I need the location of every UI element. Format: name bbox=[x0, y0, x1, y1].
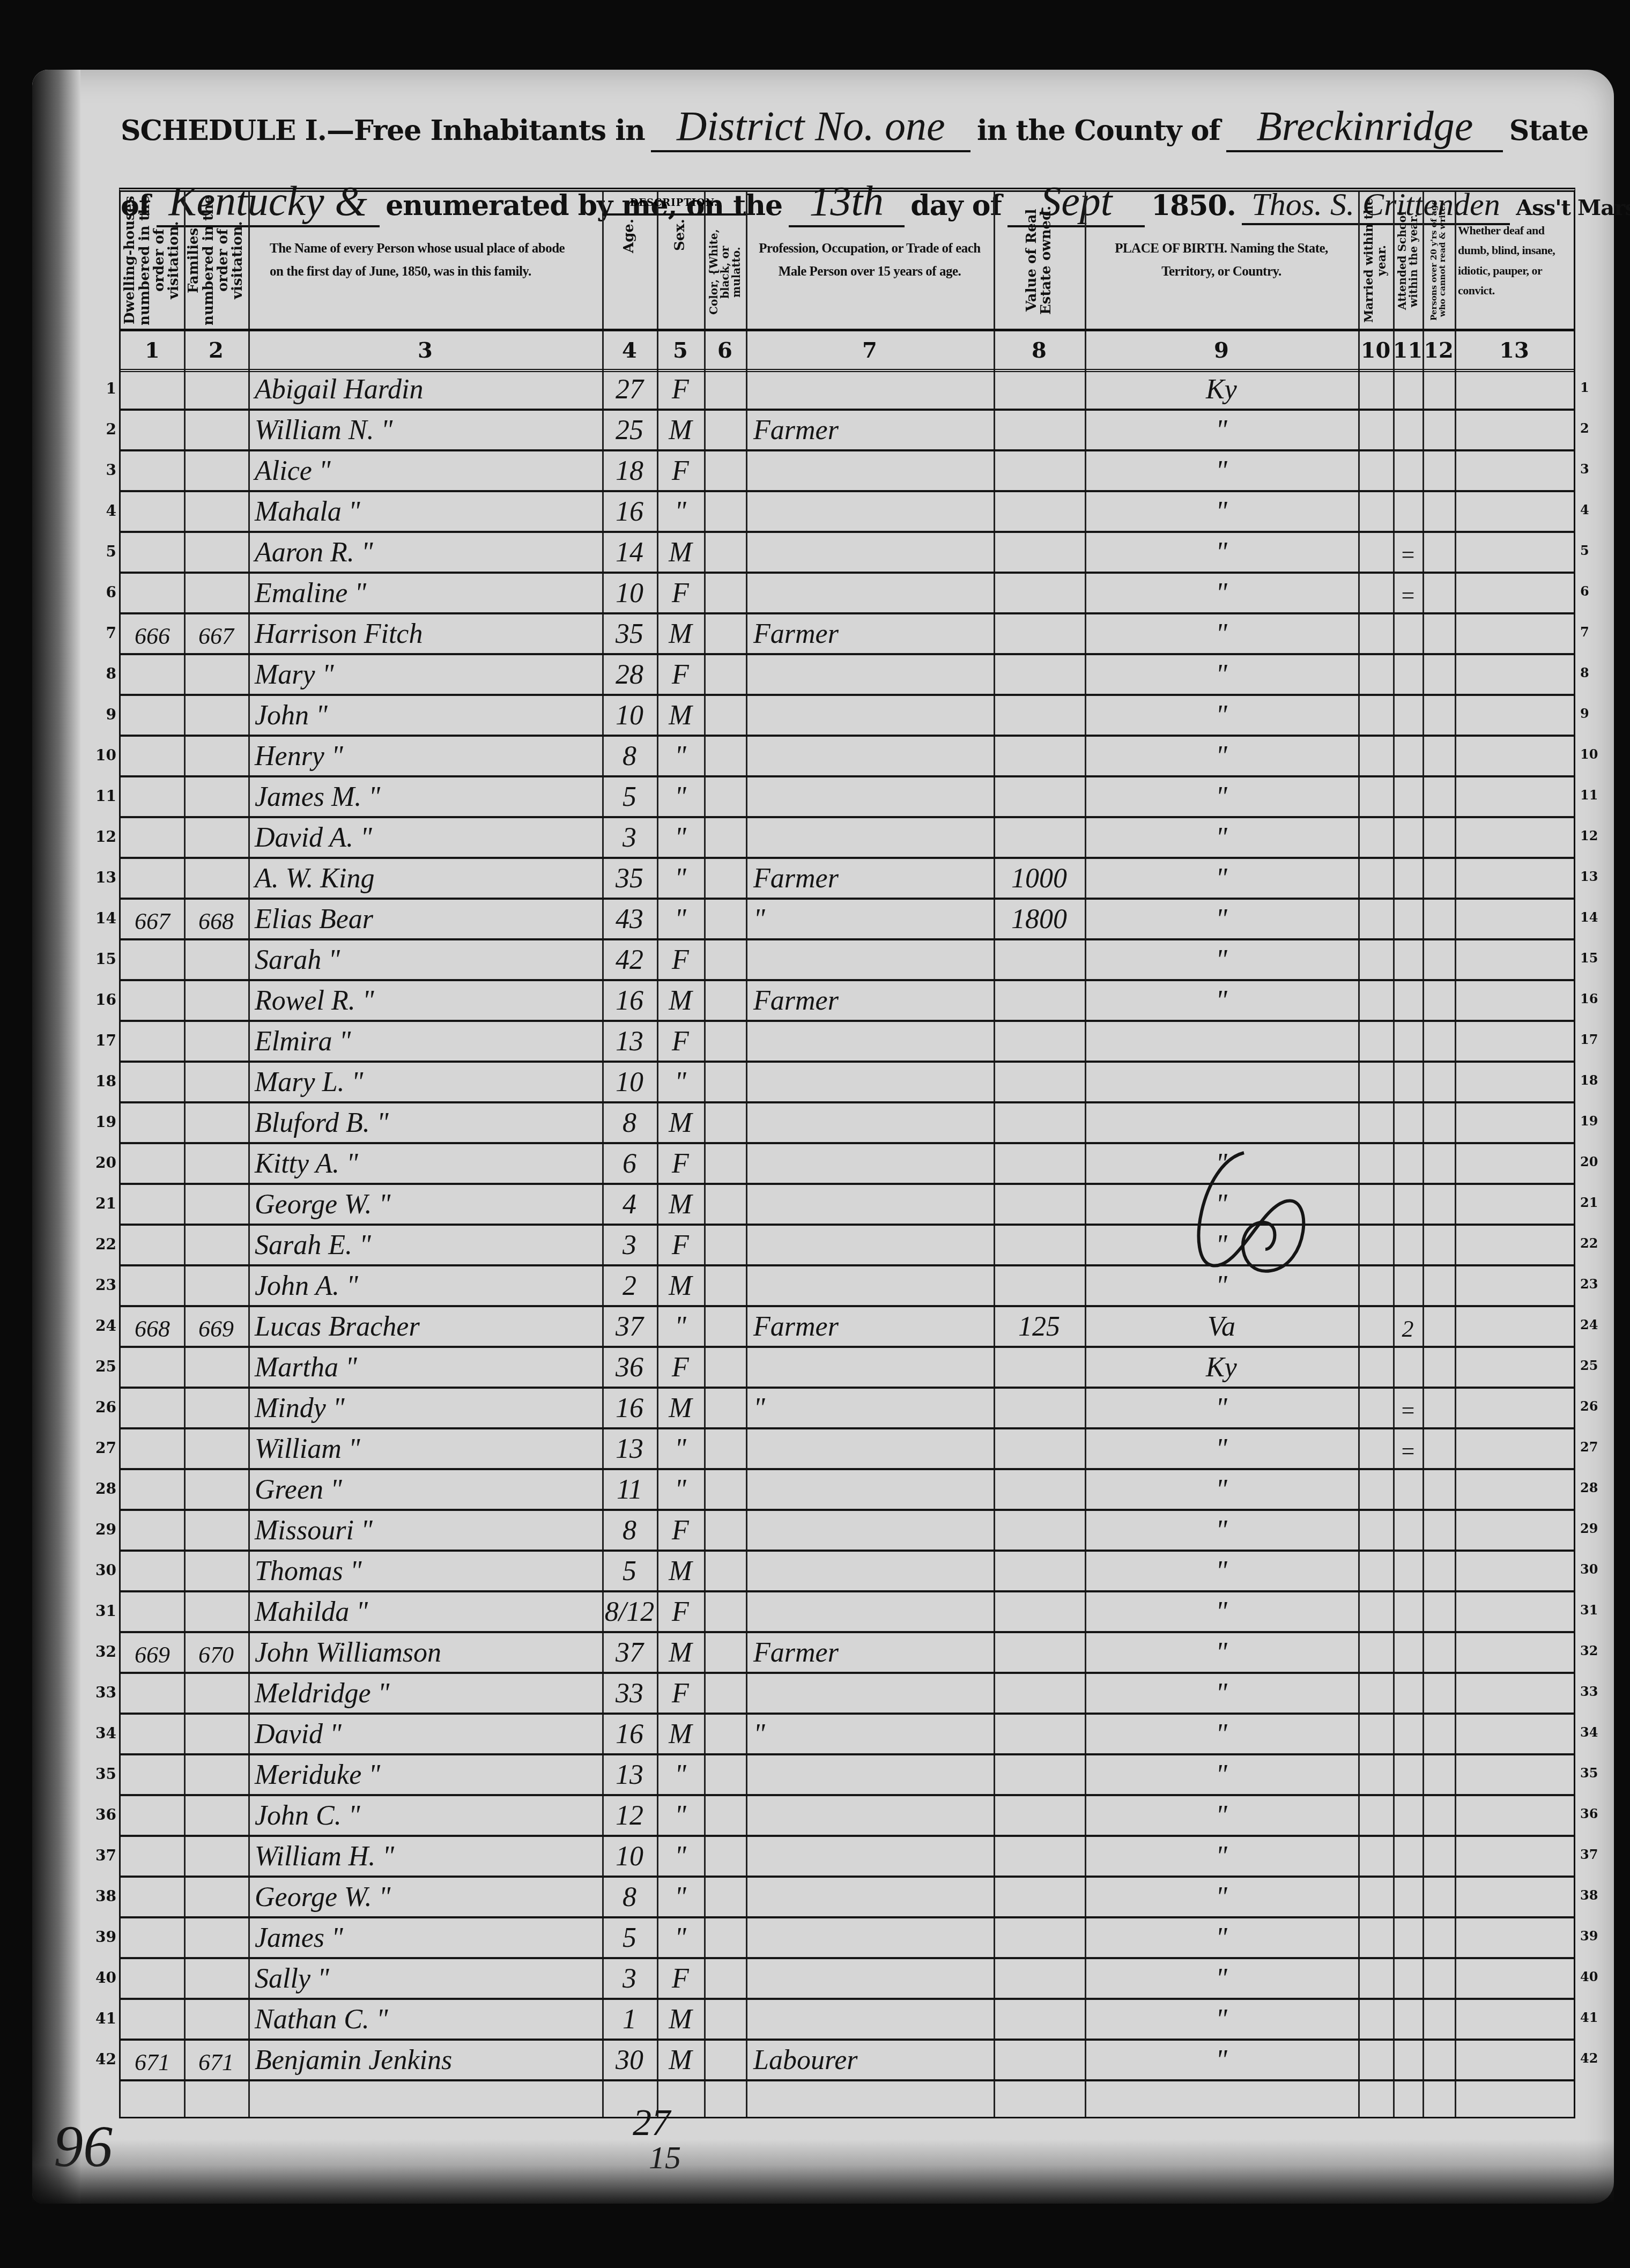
color-cell bbox=[704, 777, 746, 816]
age-cell: 16 bbox=[602, 981, 657, 1020]
real-estate-cell bbox=[994, 1837, 1085, 1876]
married-cell bbox=[1358, 900, 1393, 938]
color-cell bbox=[704, 1063, 746, 1101]
age-cell: 36 bbox=[602, 1348, 657, 1387]
line-number-right: 23 bbox=[1580, 1276, 1612, 1292]
cannot-read-cell bbox=[1422, 1348, 1455, 1387]
real-estate-cell bbox=[994, 574, 1085, 612]
dwelling-number-cell bbox=[121, 981, 184, 1020]
occupation-cell bbox=[753, 533, 994, 572]
infirmity-cell bbox=[1455, 818, 1574, 857]
line-number-left: 38 bbox=[84, 1887, 116, 1905]
real-estate-cell bbox=[994, 2041, 1085, 2079]
line-number-right: 11 bbox=[1580, 787, 1612, 803]
table-row: 33Alice "18F" bbox=[121, 451, 1574, 492]
birthplace-cell: " bbox=[1085, 1837, 1358, 1876]
cannot-read-cell bbox=[1422, 370, 1455, 409]
school-cell bbox=[1393, 614, 1422, 653]
infirmity-cell bbox=[1455, 1674, 1574, 1713]
person-name-cell: A. W. King bbox=[255, 859, 602, 898]
age-cell: 3 bbox=[602, 818, 657, 857]
sex-cell: F bbox=[657, 574, 704, 612]
married-cell bbox=[1358, 1878, 1393, 1916]
married-cell bbox=[1358, 370, 1393, 409]
school-cell bbox=[1393, 1755, 1422, 1794]
real-estate-cell bbox=[994, 1715, 1085, 1753]
sex-cell: F bbox=[657, 451, 704, 490]
birthplace-cell: " bbox=[1085, 900, 1358, 938]
infirmity-cell bbox=[1455, 574, 1574, 612]
family-number-cell bbox=[184, 1674, 248, 1713]
occupation-cell bbox=[753, 370, 994, 409]
color-cell bbox=[704, 370, 746, 409]
color-cell bbox=[704, 1552, 746, 1590]
line-number-right: 16 bbox=[1580, 991, 1612, 1006]
county-label: in the County of bbox=[977, 114, 1220, 147]
birthplace-cell: " bbox=[1085, 1796, 1358, 1835]
line-number-left: 42 bbox=[84, 2050, 116, 2068]
person-name-cell: Rowel R. " bbox=[255, 981, 602, 1020]
col-num: 6 bbox=[704, 331, 746, 369]
real-estate-cell bbox=[994, 1918, 1085, 1957]
dwelling-number-cell bbox=[121, 737, 184, 775]
table-row: 44Mahala "16"" bbox=[121, 492, 1574, 533]
sex-cell: M bbox=[657, 533, 704, 572]
infirmity-cell bbox=[1455, 1022, 1574, 1061]
dwelling-number-cell bbox=[121, 1511, 184, 1550]
line-number-right: 14 bbox=[1580, 909, 1612, 925]
married-cell bbox=[1358, 1918, 1393, 1957]
family-number-cell bbox=[184, 1959, 248, 1998]
school-cell bbox=[1393, 1470, 1422, 1509]
real-estate-cell bbox=[994, 411, 1085, 449]
person-name-cell: John C. " bbox=[255, 1796, 602, 1835]
person-name-cell: Nathan C. " bbox=[255, 2000, 602, 2039]
person-name-cell: John A. " bbox=[255, 1266, 602, 1305]
dwelling-number-cell bbox=[121, 1266, 184, 1305]
sex-cell: " bbox=[657, 1878, 704, 1916]
infirmity-cell bbox=[1455, 1144, 1574, 1183]
line-number-left: 21 bbox=[84, 1195, 116, 1212]
school-cell bbox=[1393, 1837, 1422, 1876]
infirmity-cell bbox=[1455, 981, 1574, 1020]
real-estate-cell bbox=[994, 614, 1085, 653]
line-number-right: 5 bbox=[1580, 543, 1612, 558]
line-number-left: 33 bbox=[84, 1684, 116, 1701]
cannot-read-cell bbox=[1422, 574, 1455, 612]
occupation-cell bbox=[753, 1226, 994, 1264]
school-cell bbox=[1393, 1552, 1422, 1590]
person-name-cell: John " bbox=[255, 696, 602, 735]
line-number-right: 28 bbox=[1580, 1480, 1612, 1495]
dwelling-number-cell bbox=[121, 370, 184, 409]
line-number-left: 29 bbox=[84, 1521, 116, 1538]
family-number-cell: 668 bbox=[184, 900, 248, 938]
person-name-cell: Bluford B. " bbox=[255, 1103, 602, 1142]
dwelling-number-cell bbox=[121, 1918, 184, 1957]
real-estate-cell bbox=[994, 533, 1085, 572]
color-cell bbox=[704, 818, 746, 857]
sex-cell: " bbox=[657, 1918, 704, 1957]
married-cell bbox=[1358, 492, 1393, 531]
dwelling-number-cell bbox=[121, 1878, 184, 1916]
birthplace-cell bbox=[1085, 1103, 1358, 1142]
cannot-read-cell bbox=[1422, 451, 1455, 490]
line-number-right: 29 bbox=[1580, 1521, 1612, 1536]
color-cell bbox=[704, 614, 746, 653]
line-number-left: 22 bbox=[84, 1235, 116, 1253]
color-cell bbox=[704, 1796, 746, 1835]
person-name-cell: Kitty A. " bbox=[255, 1144, 602, 1183]
family-number-cell bbox=[184, 737, 248, 775]
married-cell bbox=[1358, 1674, 1393, 1713]
table-row: 3838George W. "8"" bbox=[121, 1878, 1574, 1918]
birthplace-cell: " bbox=[1085, 777, 1358, 816]
sex-cell: M bbox=[657, 2041, 704, 2079]
real-estate-cell bbox=[994, 1511, 1085, 1550]
real-estate-cell bbox=[994, 1022, 1085, 1061]
family-number-cell bbox=[184, 1796, 248, 1835]
school-cell bbox=[1393, 411, 1422, 449]
person-name-cell: George W. " bbox=[255, 1185, 602, 1224]
color-cell bbox=[704, 1185, 746, 1224]
table-row: 3434David "16M"" bbox=[121, 1715, 1574, 1755]
person-name-cell: Green " bbox=[255, 1470, 602, 1509]
line-number-left: 18 bbox=[84, 1072, 116, 1090]
real-estate-cell bbox=[994, 1552, 1085, 1590]
married-cell bbox=[1358, 614, 1393, 653]
real-estate-cell bbox=[994, 1226, 1085, 1264]
school-cell: 2 bbox=[1393, 1307, 1422, 1346]
school-cell bbox=[1393, 2041, 1422, 2079]
age-cell: 8 bbox=[602, 1511, 657, 1550]
dwelling-number-cell bbox=[121, 1063, 184, 1101]
occupation-cell bbox=[753, 1103, 994, 1142]
birthplace-cell: " bbox=[1085, 1715, 1358, 1753]
color-cell bbox=[704, 1226, 746, 1264]
age-cell: 1 bbox=[602, 2000, 657, 2039]
school-cell: = bbox=[1393, 533, 1422, 572]
school-cell bbox=[1393, 2000, 1422, 2039]
infirmity-cell bbox=[1455, 1103, 1574, 1142]
real-estate-cell bbox=[994, 981, 1085, 1020]
color-cell bbox=[704, 696, 746, 735]
school-cell bbox=[1393, 859, 1422, 898]
real-estate-cell bbox=[994, 940, 1085, 979]
married-cell bbox=[1358, 2000, 1393, 2039]
line-number-right: 15 bbox=[1580, 950, 1612, 966]
cannot-read-cell bbox=[1422, 818, 1455, 857]
person-name-cell: Martha " bbox=[255, 1348, 602, 1387]
family-number-cell bbox=[184, 696, 248, 735]
line-number-left: 37 bbox=[84, 1847, 116, 1864]
header-color: Color, {White, black, or mulatto. bbox=[704, 216, 746, 329]
occupation-cell bbox=[753, 1796, 994, 1835]
infirmity-cell bbox=[1455, 1348, 1574, 1387]
age-cell: 5 bbox=[602, 1552, 657, 1590]
married-cell bbox=[1358, 1348, 1393, 1387]
sex-cell: F bbox=[657, 1959, 704, 1998]
family-number-cell bbox=[184, 1266, 248, 1305]
school-cell bbox=[1393, 451, 1422, 490]
occupation-cell bbox=[753, 1755, 994, 1794]
line-number-right: 21 bbox=[1580, 1195, 1612, 1210]
infirmity-cell bbox=[1455, 1552, 1574, 1590]
dwelling-number-cell bbox=[121, 411, 184, 449]
dwelling-number-cell bbox=[121, 655, 184, 694]
table-row: 2727William "13""= bbox=[121, 1429, 1574, 1470]
school-cell bbox=[1393, 1918, 1422, 1957]
age-cell: 2 bbox=[602, 1266, 657, 1305]
family-number-cell bbox=[184, 818, 248, 857]
school-cell bbox=[1393, 1878, 1422, 1916]
table-row: 1414667668Elias Bear43""1800" bbox=[121, 900, 1574, 940]
col-num: 7 bbox=[746, 331, 994, 369]
table-row: 1616Rowel R. "16MFarmer" bbox=[121, 981, 1574, 1022]
real-estate-cell bbox=[994, 1592, 1085, 1631]
dwelling-number-cell bbox=[121, 1226, 184, 1264]
birthplace-cell: " bbox=[1085, 981, 1358, 1020]
color-cell bbox=[704, 981, 746, 1020]
occupation-cell: " bbox=[753, 1389, 994, 1427]
header-sex: Sex. bbox=[657, 216, 704, 329]
school-cell bbox=[1393, 1511, 1422, 1550]
age-cell: 35 bbox=[602, 614, 657, 653]
cannot-read-cell bbox=[1422, 737, 1455, 775]
person-name-cell: Henry " bbox=[255, 737, 602, 775]
age-cell: 8 bbox=[602, 737, 657, 775]
birthplace-cell: Ky bbox=[1085, 370, 1358, 409]
table-row: 2121George W. "4M" bbox=[121, 1185, 1574, 1226]
table-row: 2525Martha "36FKy bbox=[121, 1348, 1574, 1389]
birthplace-cell: " bbox=[1085, 696, 1358, 735]
color-cell bbox=[704, 2041, 746, 2079]
birthplace-cell: " bbox=[1085, 655, 1358, 694]
person-name-cell: Sally " bbox=[255, 1959, 602, 1998]
person-name-cell: Meldridge " bbox=[255, 1674, 602, 1713]
infirmity-cell bbox=[1455, 1389, 1574, 1427]
infirmity-cell bbox=[1455, 1266, 1574, 1305]
birthplace-cell: " bbox=[1085, 614, 1358, 653]
col-num: 8 bbox=[994, 331, 1085, 369]
sex-cell: M bbox=[657, 1185, 704, 1224]
age-cell: 13 bbox=[602, 1429, 657, 1468]
sex-cell: M bbox=[657, 1389, 704, 1427]
table-row: 99John "10M" bbox=[121, 696, 1574, 737]
married-cell bbox=[1358, 1715, 1393, 1753]
cannot-read-cell bbox=[1422, 1837, 1455, 1876]
table-row: 2020Kitty A. "6F" bbox=[121, 1144, 1574, 1185]
birthplace-cell: " bbox=[1085, 1755, 1358, 1794]
sex-cell: F bbox=[657, 1226, 704, 1264]
infirmity-cell bbox=[1455, 1185, 1574, 1224]
family-number-cell bbox=[184, 1022, 248, 1061]
color-cell bbox=[704, 1266, 746, 1305]
occupation-cell: Farmer bbox=[753, 981, 994, 1020]
line-number-left: 5 bbox=[84, 543, 116, 560]
married-cell bbox=[1358, 574, 1393, 612]
married-cell bbox=[1358, 1389, 1393, 1427]
school-cell bbox=[1393, 1633, 1422, 1672]
age-cell: 10 bbox=[602, 574, 657, 612]
cannot-read-cell bbox=[1422, 1144, 1455, 1183]
occupation-cell bbox=[753, 1592, 994, 1631]
header-dwelling: Dwelling-houses numbered in the order of… bbox=[121, 192, 184, 329]
infirmity-cell bbox=[1455, 859, 1574, 898]
birthplace-cell: Ky bbox=[1085, 1348, 1358, 1387]
table-row: 3333Meldridge "33F" bbox=[121, 1674, 1574, 1715]
line-number-left: 3 bbox=[84, 461, 116, 479]
age-cell: 30 bbox=[602, 2041, 657, 2079]
cannot-read-cell bbox=[1422, 614, 1455, 653]
sex-cell: " bbox=[657, 1470, 704, 1509]
real-estate-cell bbox=[994, 492, 1085, 531]
birthplace-cell: " bbox=[1085, 737, 1358, 775]
line-number-left: 14 bbox=[84, 909, 116, 927]
person-name-cell: Mahala " bbox=[255, 492, 602, 531]
cannot-read-cell bbox=[1422, 1103, 1455, 1142]
color-cell bbox=[704, 1429, 746, 1468]
dwelling-number-cell bbox=[121, 1429, 184, 1468]
family-number-cell bbox=[184, 1389, 248, 1427]
line-number-left: 31 bbox=[84, 1602, 116, 1620]
occupation-cell bbox=[753, 1837, 994, 1876]
family-number-cell bbox=[184, 655, 248, 694]
occupation-cell bbox=[753, 1063, 994, 1101]
family-number-cell bbox=[184, 533, 248, 572]
age-cell: 10 bbox=[602, 696, 657, 735]
line-number-left: 35 bbox=[84, 1765, 116, 1783]
cannot-read-cell bbox=[1422, 1063, 1455, 1101]
dwelling-number-cell bbox=[121, 1470, 184, 1509]
col-num: 2 bbox=[184, 331, 248, 369]
line-number-left: 1 bbox=[84, 380, 116, 397]
family-number-cell bbox=[184, 1755, 248, 1794]
family-number-cell bbox=[184, 859, 248, 898]
school-cell bbox=[1393, 1796, 1422, 1835]
age-cell: 11 bbox=[602, 1470, 657, 1509]
dwelling-number-cell bbox=[121, 1552, 184, 1590]
table-row: 88Mary "28F" bbox=[121, 655, 1574, 696]
table-row: 1111James M. "5"" bbox=[121, 777, 1574, 818]
birthplace-cell: " bbox=[1085, 411, 1358, 449]
cannot-read-cell bbox=[1422, 1959, 1455, 1998]
person-name-cell: Alice " bbox=[255, 451, 602, 490]
line-number-left: 40 bbox=[84, 1969, 116, 1987]
header-name: The Name of every Person whose usual pla… bbox=[248, 192, 602, 329]
married-cell bbox=[1358, 1511, 1393, 1550]
family-number-cell bbox=[184, 1837, 248, 1876]
header-family: Families numbered in the order of visita… bbox=[184, 192, 248, 329]
line-number-right: 19 bbox=[1580, 1113, 1612, 1129]
age-cell: 16 bbox=[602, 1389, 657, 1427]
line-number-left: 27 bbox=[84, 1439, 116, 1457]
cannot-read-cell bbox=[1422, 411, 1455, 449]
infirmity-cell bbox=[1455, 1592, 1574, 1631]
occupation-cell bbox=[753, 696, 994, 735]
infirmity-cell bbox=[1455, 1918, 1574, 1957]
birthplace-cell: " bbox=[1085, 574, 1358, 612]
dwelling-number-cell bbox=[121, 1144, 184, 1183]
sex-cell: F bbox=[657, 1144, 704, 1183]
sex-cell: " bbox=[657, 1837, 704, 1876]
married-cell bbox=[1358, 696, 1393, 735]
color-cell bbox=[704, 574, 746, 612]
margin-note-tally: 27 bbox=[633, 2102, 670, 2145]
color-cell bbox=[704, 1918, 746, 1957]
real-estate-cell bbox=[994, 1674, 1085, 1713]
line-number-right: 1 bbox=[1580, 380, 1612, 395]
sex-cell: M bbox=[657, 696, 704, 735]
married-cell bbox=[1358, 1796, 1393, 1835]
birthplace-cell: " bbox=[1085, 1674, 1358, 1713]
col-num: 1 bbox=[121, 331, 184, 369]
table-row: 2626Mindy "16M""= bbox=[121, 1389, 1574, 1429]
col-num: 12 bbox=[1422, 331, 1455, 369]
color-cell bbox=[704, 1592, 746, 1631]
real-estate-cell bbox=[994, 1755, 1085, 1794]
school-cell bbox=[1393, 1063, 1422, 1101]
married-cell bbox=[1358, 1592, 1393, 1631]
family-number-cell bbox=[184, 492, 248, 531]
dwelling-number-cell bbox=[121, 1389, 184, 1427]
married-cell bbox=[1358, 1022, 1393, 1061]
table-row: 2323John A. "2M" bbox=[121, 1266, 1574, 1307]
family-number-cell bbox=[184, 1226, 248, 1264]
cannot-read-cell bbox=[1422, 1266, 1455, 1305]
infirmity-cell bbox=[1455, 492, 1574, 531]
line-number-right: 35 bbox=[1580, 1765, 1612, 1781]
school-cell bbox=[1393, 655, 1422, 694]
color-cell bbox=[704, 533, 746, 572]
sex-cell: M bbox=[657, 411, 704, 449]
line-number-right: 26 bbox=[1580, 1398, 1612, 1414]
real-estate-cell bbox=[994, 1348, 1085, 1387]
cannot-read-cell bbox=[1422, 1429, 1455, 1468]
infirmity-cell bbox=[1455, 1063, 1574, 1101]
real-estate-cell bbox=[994, 1103, 1085, 1142]
school-cell bbox=[1393, 1266, 1422, 1305]
age-cell: 16 bbox=[602, 492, 657, 531]
birthplace-cell: " bbox=[1085, 1918, 1358, 1957]
line-number-right: 13 bbox=[1580, 869, 1612, 884]
occupation-cell bbox=[753, 1348, 994, 1387]
family-number-cell bbox=[184, 451, 248, 490]
family-number-cell: 670 bbox=[184, 1633, 248, 1672]
line-number-left: 20 bbox=[84, 1154, 116, 1172]
infirmity-cell bbox=[1455, 655, 1574, 694]
dwelling-number-cell bbox=[121, 1674, 184, 1713]
birthplace-cell: " bbox=[1085, 1429, 1358, 1468]
school-cell bbox=[1393, 1348, 1422, 1387]
table-row: 3939James "5"" bbox=[121, 1918, 1574, 1959]
cannot-read-cell bbox=[1422, 1918, 1455, 1957]
infirmity-cell bbox=[1455, 1226, 1574, 1264]
family-number-cell: 671 bbox=[184, 2041, 248, 2079]
sex-cell: M bbox=[657, 1715, 704, 1753]
real-estate-cell bbox=[994, 1185, 1085, 1224]
color-cell bbox=[704, 737, 746, 775]
person-name-cell: David A. " bbox=[255, 818, 602, 857]
line-number-left: 19 bbox=[84, 1113, 116, 1131]
infirmity-cell bbox=[1455, 1837, 1574, 1876]
infirmity-cell bbox=[1455, 411, 1574, 449]
table-row: 11Abigail Hardin27FKy bbox=[121, 370, 1574, 411]
table-row: 2222Sarah E. "3F" bbox=[121, 1226, 1574, 1266]
cannot-read-cell bbox=[1422, 1755, 1455, 1794]
real-estate-cell bbox=[994, 451, 1085, 490]
school-cell: = bbox=[1393, 574, 1422, 612]
